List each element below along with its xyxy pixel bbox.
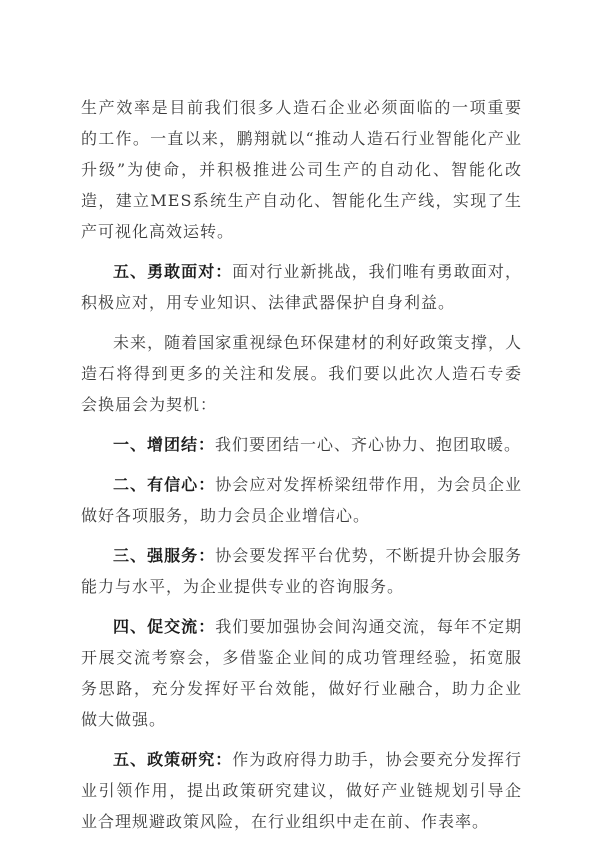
paragraph-text: 我们要团结一心、齐心协力、抱团取暖。 [215, 435, 521, 454]
paragraph-item-1-unity: 一、增团结：我们要团结一心、齐心协力、抱团取暖。 [81, 429, 522, 460]
paragraph-future: 未来，随着国家重视绿色环保建材的利好政策支撑，人造石将得到更多的关注和发展。我们… [81, 327, 522, 420]
paragraph-heading: 四、促交流： [113, 617, 215, 636]
paragraph-item-3-service: 三、强服务：协会要发挥平台优势，不断提升协会服务能力与水平，为企业提供专业的咨询… [81, 540, 522, 602]
paragraph-continuation: 生产效率是目前我们很多人造石企业必须面临的一项重要的工作。一直以来，鹏翔就以“推… [81, 92, 522, 247]
paragraph-heading: 五、勇敢面对： [113, 262, 232, 281]
document-body: 生产效率是目前我们很多人造石企业必须面临的一项重要的工作。一直以来，鹏翔就以“推… [81, 92, 522, 837]
paragraph-heading: 五、政策研究： [113, 750, 232, 769]
paragraph-item-4-exchange: 四、促交流：我们要加强协会间沟通交流，每年不定期开展交流考察会，多借鉴企业间的成… [81, 611, 522, 735]
paragraph-item-5-brave: 五、勇敢面对：面对行业新挑战，我们唯有勇敢面对，积极应对，用专业知识、法律武器保… [81, 256, 522, 318]
paragraph-heading: 二、有信心： [113, 475, 215, 494]
paragraph-text: 未来，随着国家重视绿色环保建材的利好政策支撑，人造石将得到更多的关注和发展。我们… [81, 333, 522, 414]
paragraph-heading: 三、强服务： [113, 546, 215, 565]
document-page: 生产效率是目前我们很多人造石企业必须面临的一项重要的工作。一直以来，鹏翔就以“推… [0, 0, 600, 848]
paragraph-item-5-policy: 五、政策研究：作为政府得力助手，协会要充分发挥行业引领作用，提出政策研究建议，做… [81, 744, 522, 837]
paragraph-heading: 一、增团结： [113, 435, 215, 454]
paragraph-text: 生产效率是目前我们很多人造石企业必须面临的一项重要的工作。一直以来，鹏翔就以“推… [81, 98, 522, 241]
paragraph-item-2-confidence: 二、有信心：协会应对发挥桥梁纽带作用，为会员企业做好各项服务，助力会员企业增信心… [81, 469, 522, 531]
